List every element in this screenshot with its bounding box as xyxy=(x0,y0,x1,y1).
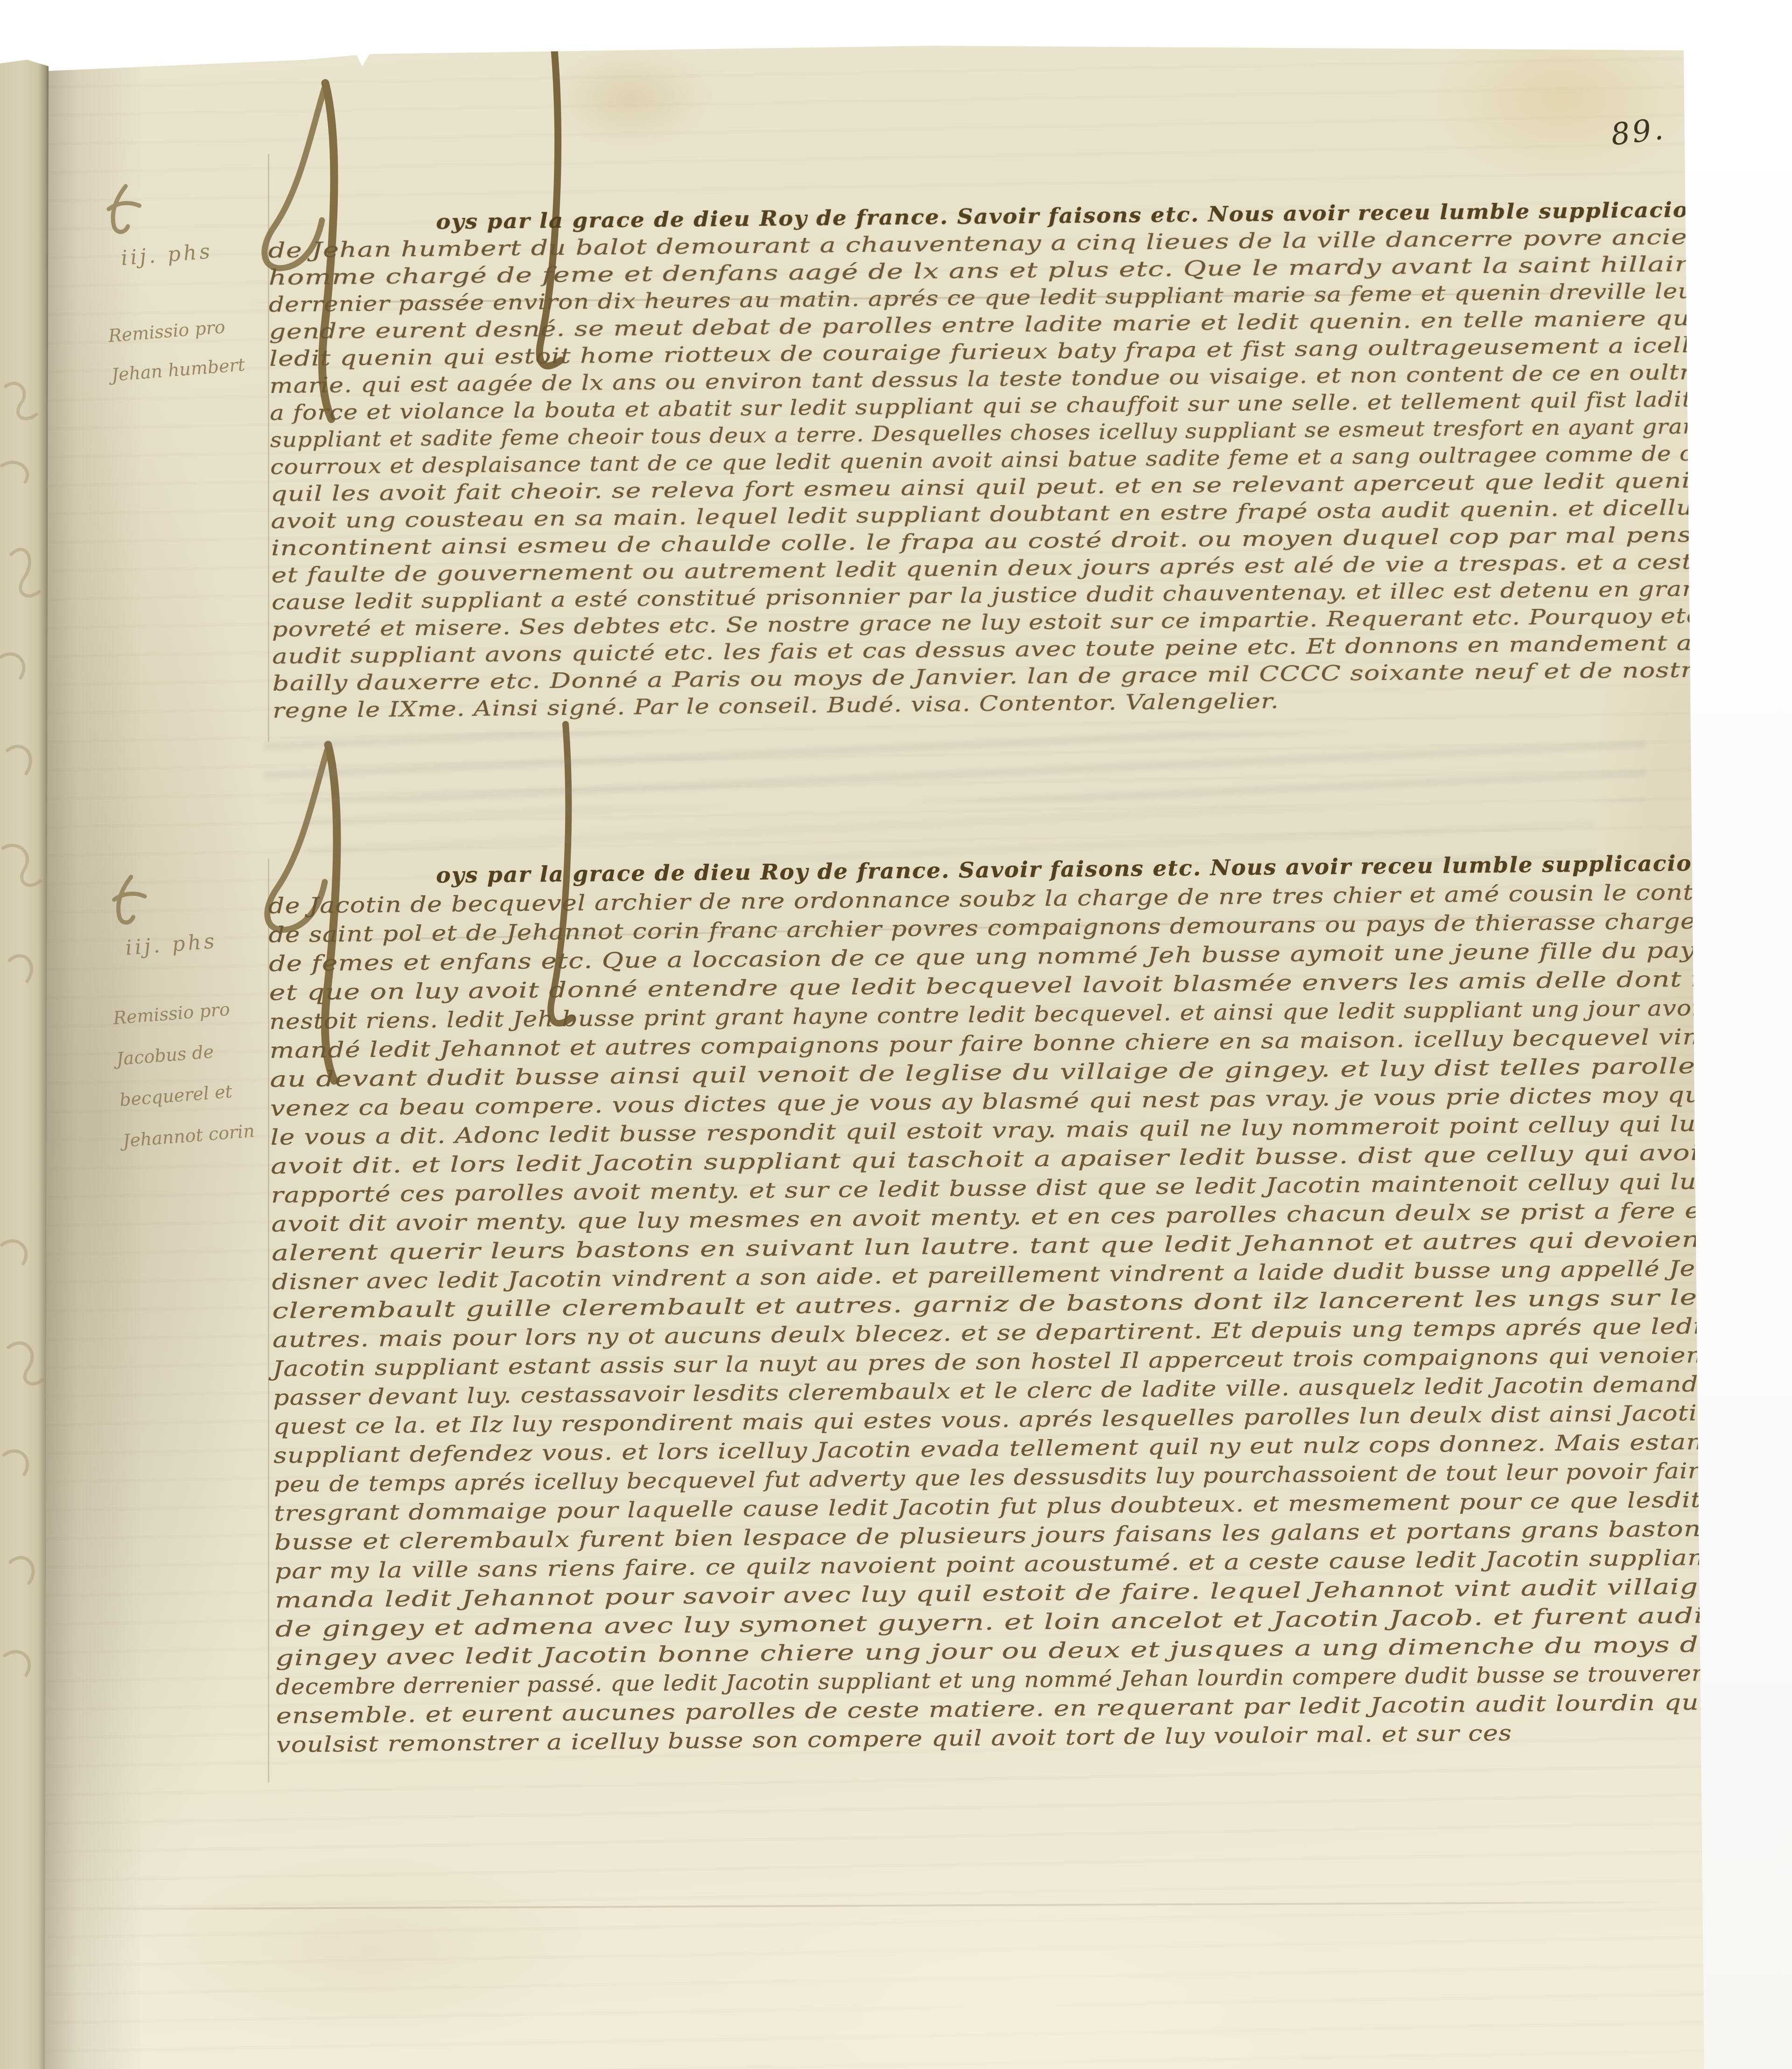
previous-folio-text-fragments xyxy=(0,358,49,1712)
margin-tax-note: iij. phs xyxy=(120,238,237,270)
entry-text: oys par la grace de dieu Roy de france. … xyxy=(268,197,1705,725)
manuscript-scan: { "page": { "folio_number": "89.", "kind… xyxy=(0,0,1792,2069)
crease-line xyxy=(73,1901,1683,1910)
parchment-page: 89. iij. phs Remissio proJehan humbert i… xyxy=(45,0,1751,2069)
paraph-cross-icon xyxy=(97,180,152,239)
show-through-text xyxy=(264,732,1645,802)
entry-text: oys par la grace de dieu Roy de france. … xyxy=(268,851,1709,1761)
remission-entry-1: oys par la grace de dieu Roy de france. … xyxy=(268,197,1705,725)
remission-entry-2: oys par la grace de dieu Roy de france. … xyxy=(268,851,1709,1761)
paraph-cross-icon xyxy=(102,870,157,930)
margin-tax-note: iij. phs xyxy=(125,927,240,960)
previous-folio-edge xyxy=(0,60,49,2069)
folio-number: 89. xyxy=(1609,112,1667,153)
margin-note-lines: Remissio proJehan humbert xyxy=(107,306,246,395)
page-fore-edge xyxy=(1706,50,1743,2069)
margin-note-1: iij. phs Remissio proJehan humbert xyxy=(97,173,246,394)
